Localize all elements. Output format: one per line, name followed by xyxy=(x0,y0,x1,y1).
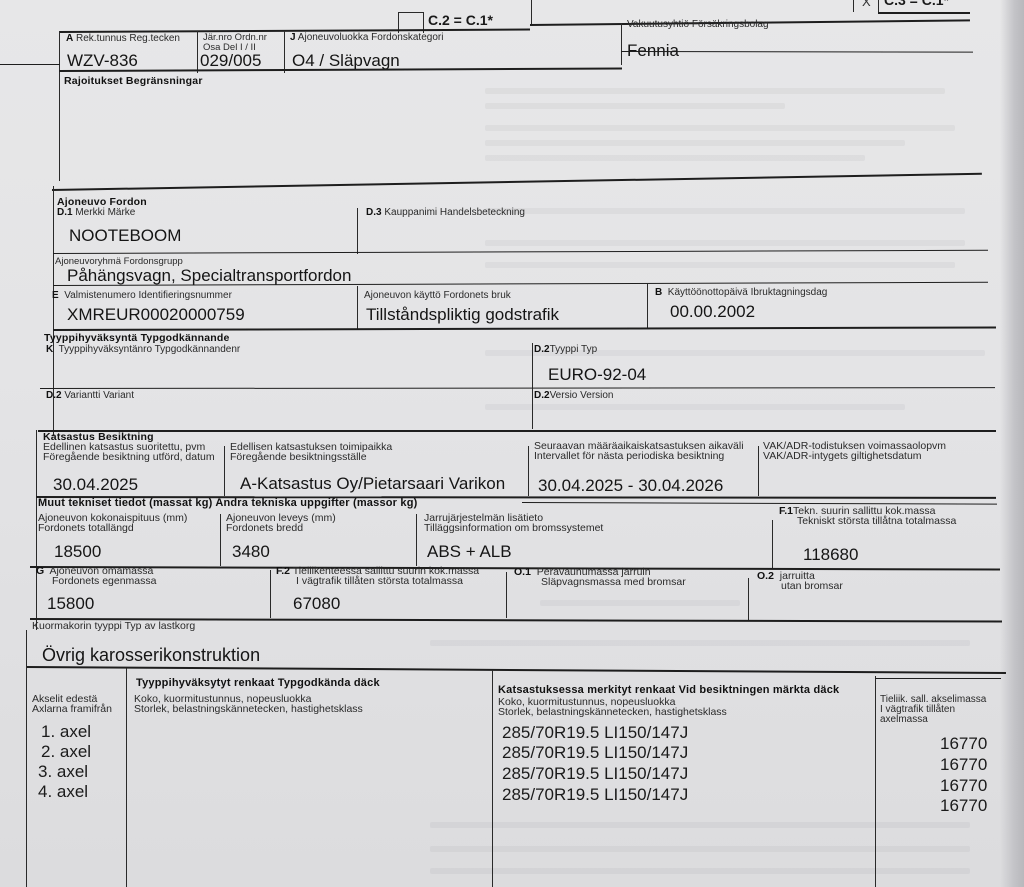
brake-info-value: ABS + ALB xyxy=(427,542,512,562)
own-mass-value: 15800 xyxy=(47,594,94,614)
approved-tyres-subtitle: Koko, kuormitustunnus, nopeusluokka Stor… xyxy=(134,694,363,714)
axle-name: 4. axel xyxy=(38,782,88,802)
c3-label: C.3 = C.1* xyxy=(884,0,949,8)
marked-tyre: 285/70R19.5 LI150/147J xyxy=(502,743,688,763)
last-inspection-date-value: 30.04.2025 xyxy=(53,475,138,495)
type-value: EURO-92-04 xyxy=(548,365,646,385)
axle-name: 3. axel xyxy=(38,762,88,782)
make-label: D.1 Merkki Märke xyxy=(57,208,135,218)
next-inspection-interval-value: 30.04.2025 - 30.04.2026 xyxy=(538,476,723,496)
vin-label: E Valmistenumero Identifieringsnummer xyxy=(52,291,232,301)
c3-mark: X xyxy=(862,0,871,9)
road-max-mass-label: F.2 Tieliikenteessä sallittu suurin kok.… xyxy=(276,566,479,586)
vehicle-group-value: Påhängsvagn, Specialtransportfordon xyxy=(67,266,351,286)
marked-tyres-title: Katsastuksessa merkityt renkaat Vid besi… xyxy=(498,684,839,696)
vin-value: XMREUR00020000759 xyxy=(67,305,245,325)
reg-number-value: WZV-836 xyxy=(67,51,138,71)
own-mass-label: G Ajoneuvon omamassa Fordonets egenmassa xyxy=(36,566,156,586)
variant-label: D.2 Variantti Variant xyxy=(46,391,134,401)
reg-number-label: A Rek.tunnus Reg.tecken xyxy=(66,34,180,44)
trailer-unbraked-mass-label: O.2 jarruitta utan bromsar xyxy=(757,571,843,591)
vehicle-category-label: J Ajoneuvoluokka Fordonskategori xyxy=(290,33,443,43)
length-value: 18500 xyxy=(54,542,101,562)
type-label: D.2Tyyppi Typ xyxy=(534,345,597,355)
width-label: Ajoneuvon leveys (mm) Fordonets bredd xyxy=(226,513,336,533)
last-inspection-date-label: Edellinen katsastus suoritettu, pvm Före… xyxy=(43,442,215,462)
insurer-label: Vakuutusyhtiö Försäkringsbolag xyxy=(627,20,769,30)
next-inspection-interval-label: Seuraavan määräaikaiskatsastuksen aikavä… xyxy=(534,441,744,461)
adr-validity-label: VAK/ADR-todistuksen voimassaolopvm VAK/A… xyxy=(763,441,946,461)
axle-name: 1. axel xyxy=(41,722,91,742)
usage-label: Ajoneuvon käyttö Fordonets bruk xyxy=(364,291,511,301)
length-label: Ajoneuvon kokonaispituus (mm) Fordonets … xyxy=(38,513,187,533)
marked-tyre: 285/70R19.5 LI150/147J xyxy=(502,785,688,805)
approved-tyres-title: Tyyppihyväksytyt renkaat Typgodkända däc… xyxy=(136,677,380,689)
marked-tyre: 285/70R19.5 LI150/147J xyxy=(502,764,688,784)
ordinal-value: 029/005 xyxy=(200,51,261,71)
first-use-date-label: B Käyttöönottopäivä Ibruktagningsdag xyxy=(655,288,827,298)
body-type-label: Kuormakorin tyyppi Typ av lastkorg xyxy=(32,621,195,631)
restrictions-title: Rajoitukset Begränsningar xyxy=(64,75,203,87)
first-use-date-value: 00.00.2002 xyxy=(670,302,755,322)
usage-value: Tillståndspliktig godstrafik xyxy=(366,305,559,325)
technical-max-mass-label: F.1Tekn. suurin sallittu kok.massa Tekni… xyxy=(779,506,956,526)
trade-name-label: D.3 Kauppanimi Handelsbeteckning xyxy=(366,208,525,218)
marked-tyre: 285/70R19.5 LI150/147J xyxy=(502,723,688,743)
technical-title: Muut tekniset tiedot (massat kg) Andra t… xyxy=(38,497,418,509)
axle-mass: 16770 xyxy=(940,776,987,796)
type-approval-title: Tyyppihyväksyntä Typgodkännande xyxy=(44,332,230,344)
width-value: 3480 xyxy=(232,542,270,562)
ordinal-label: Jär.nro Ordn.nr Osa Del I / II xyxy=(203,33,267,53)
last-inspection-place-value: A-Katsastus Oy/Pietarsaari Varikon xyxy=(240,474,505,494)
axle-mass: 16770 xyxy=(940,755,987,775)
trailer-braked-mass-label: O.1 Perävaunumassa jarruin Släpvagnsmass… xyxy=(514,567,686,587)
technical-max-mass-value: 118680 xyxy=(803,545,858,565)
axle-mass: 16770 xyxy=(940,796,987,816)
brake-info-label: Jarrujärjestelmän lisätieto Tilläggsinfo… xyxy=(424,513,603,533)
make-value: NOOTEBOOM xyxy=(69,226,181,246)
type-approval-number-label: K Tyyppihyväksyntänro Typgodkännandenr xyxy=(46,345,240,355)
axle-name: 2. axel xyxy=(41,742,91,762)
axles-label: Akselit edestä Axlarna framifrån xyxy=(32,694,112,714)
last-inspection-place-label: Edellisen katsastuksen toimipaikka Föreg… xyxy=(230,442,392,462)
paper-edge-shadow xyxy=(1000,0,1024,887)
body-type-value: Övrig karosserikonstruktion xyxy=(42,645,260,666)
version-label: D.2Versio Version xyxy=(534,391,614,401)
axle-mass: 16770 xyxy=(940,734,987,754)
road-max-mass-value: 67080 xyxy=(293,594,340,614)
axle-mass-label: Tieliik. sall. akselimassa I vägtrafik t… xyxy=(880,695,986,725)
marked-tyres-subtitle: Koko, kuormitustunnus, nopeusluokka Stor… xyxy=(498,697,727,717)
c2-label: C.2 = C.1* xyxy=(428,12,493,28)
